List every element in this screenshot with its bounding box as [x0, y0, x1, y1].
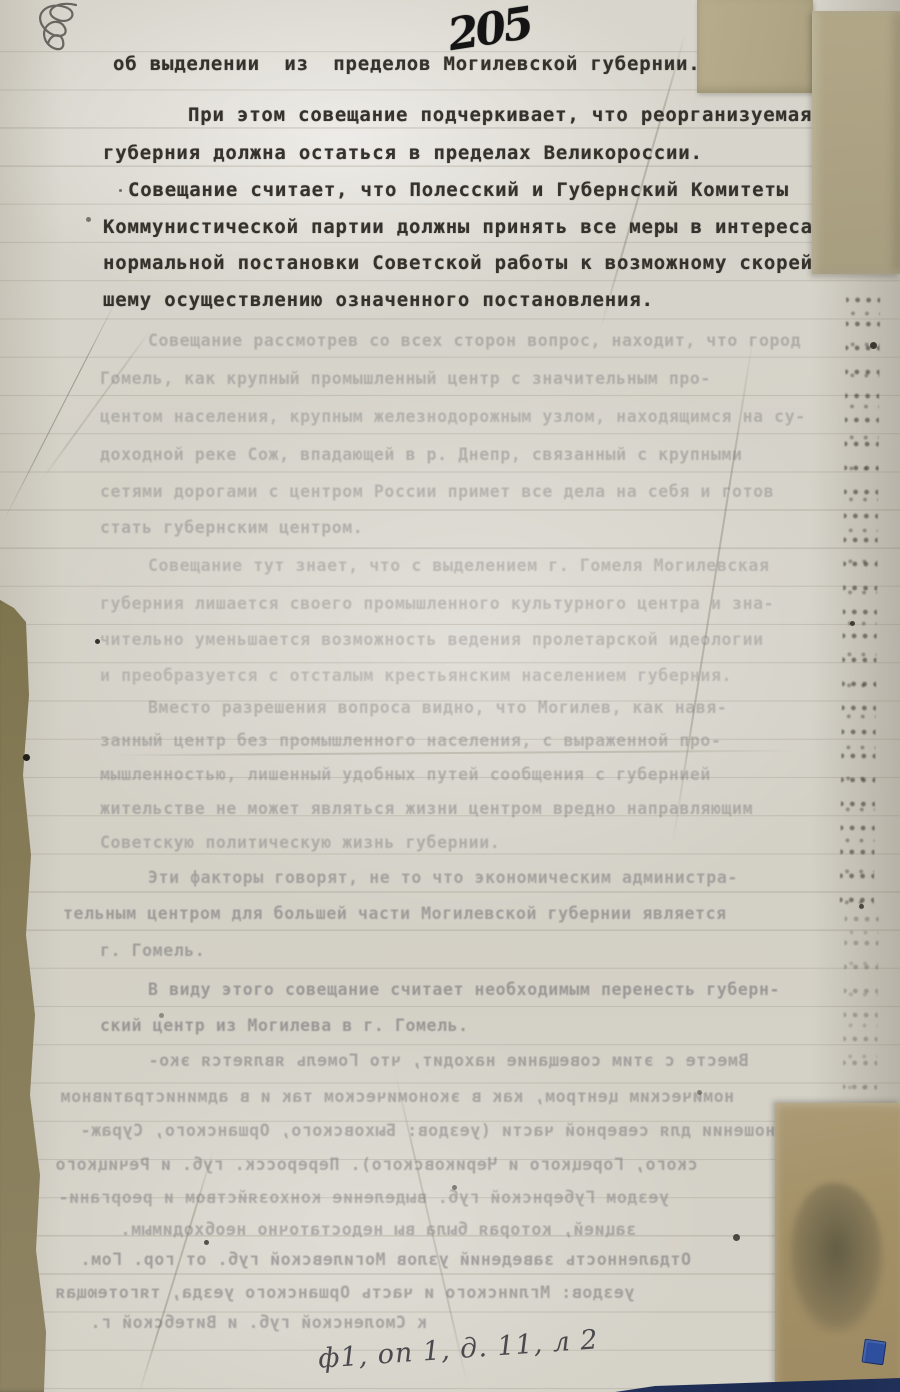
- stain: [789, 1183, 884, 1333]
- ghost-text-line: ский центр из Могилева в г. Гомель.: [100, 1018, 469, 1035]
- binding-marks: [840, 286, 881, 911]
- ink-specks: [0, 0, 3, 3]
- ghost-text-line: тельным центром для большей части Могиле…: [63, 906, 727, 923]
- repair-tape-right: [812, 11, 900, 274]
- ghost-text-line: доходной реке Сож, впадающей в р. Днепр,…: [100, 447, 743, 464]
- pencil-scribble: [12, 0, 104, 78]
- ghost-text-line: Советскую политическую жизнь губернии.: [100, 835, 500, 852]
- ghost-text-line: Эти факторы говорят, не то что экономиче…: [148, 870, 738, 887]
- document-header: об выделении из пределов Могилевской губ…: [113, 55, 700, 74]
- ruled-lines-overlay: [0, 0, 900, 1392]
- ghost-text-line: занный центр без промышленного населения…: [100, 733, 722, 750]
- repair-tape-top: [697, 0, 813, 93]
- typed-text-line: губерния должна остаться в пределах Вели…: [103, 144, 703, 163]
- ghost-text-line: ского, Горецкого и Чериковского). Переро…: [55, 1157, 698, 1174]
- repair-tape-bottom-right: [775, 1103, 900, 1385]
- ghost-text-line: уездом Губернской губ. выделение конхозя…: [58, 1190, 669, 1207]
- ghost-text-line: уездов: Мглинского и часть Оршанского уе…: [55, 1285, 634, 1302]
- ghost-text-line: Вместе с этим совещание находит, что Гом…: [148, 1053, 748, 1070]
- ghost-text-line: Совещание рассмотрев со всех сторон вопр…: [148, 333, 801, 350]
- ghost-text-line: к Смоленской губ. и Витебской г.: [90, 1315, 427, 1332]
- ghost-text-line: сетями дорогами с центром России примет …: [100, 484, 774, 501]
- ghost-text-line: Вместо разрешения вопроса видно, что Мог…: [148, 700, 727, 717]
- ghost-text-line: В виду этого совещание считает необходим…: [148, 982, 780, 999]
- typed-text-line: шему осуществлению означенного постановл…: [103, 291, 654, 310]
- scanned-document-page: Совещание рассмотрев со всех сторон вопр…: [0, 0, 900, 1392]
- ghost-text-line: мышленностью, лишенный удобных путей соо…: [100, 767, 711, 784]
- ghost-text-line: губерния лишается своего промышленного к…: [100, 596, 774, 613]
- typed-text-line: При этом совещание подчеркивает, что рео…: [188, 106, 812, 125]
- ghost-text-line: чительно уменьшается возможность ведения…: [100, 632, 764, 649]
- ghost-text-line: Гомель, как крупный промышленный центр с…: [100, 371, 711, 388]
- typed-text-line: нормальной постановки Советской работы к…: [103, 254, 825, 273]
- ghost-text-line: номическим центром, как в экономическом …: [60, 1089, 734, 1106]
- ghost-text-line: жительстве не может являться жизни центр…: [100, 801, 753, 818]
- ghost-text-line: г. Гомель.: [100, 943, 205, 960]
- typed-text-line: Коммунистической партии должны принять в…: [103, 218, 825, 237]
- ghost-text-line: Совещание тут знает, что с выделением г.…: [148, 558, 770, 575]
- ghost-text-line: отношении для северной части (уездов: Бы…: [80, 1123, 796, 1140]
- ghost-text-line: Отдаленность заведений узлов Могилевской…: [80, 1252, 691, 1269]
- ghost-text-line: и преобразуется с отсталым крестьянским …: [100, 668, 732, 685]
- blue-fiber-spot: [861, 1339, 886, 1366]
- typed-text-line: Совещание считает, что Полесский и Губер…: [128, 181, 789, 200]
- ghost-text-line: зацией, которая была вы недостаточно нео…: [120, 1222, 636, 1239]
- ghost-text-line: центом населения, крупным железнодорожны…: [100, 409, 806, 426]
- ghost-text-line: стать губернским центром.: [100, 520, 363, 537]
